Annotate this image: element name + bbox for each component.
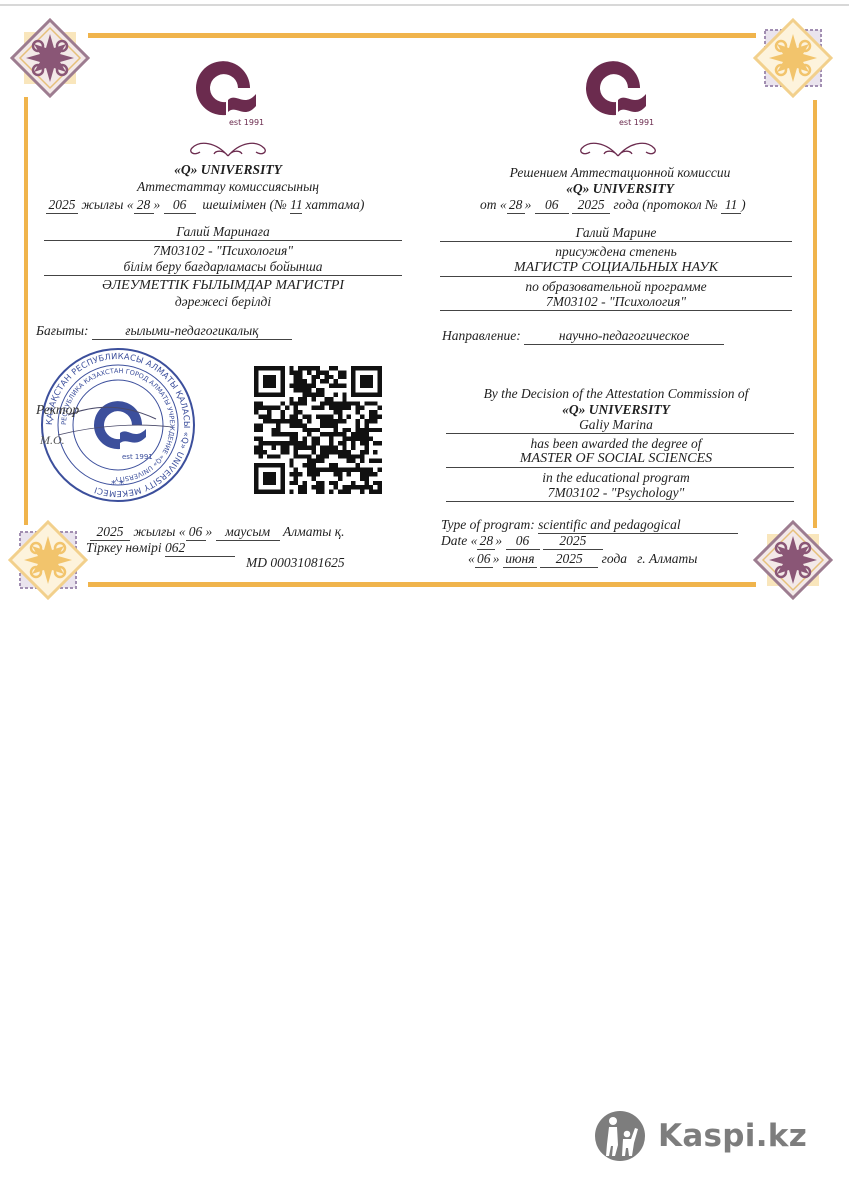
kz-issue-date-line: 2025 жылғы «06» маусым Алматы қ.: [90, 524, 344, 541]
kz-decision-month: 06: [164, 197, 196, 214]
ru-direction-value: научно-педагогическое: [524, 328, 724, 345]
svg-text:* *: * *: [111, 479, 124, 490]
underline: [44, 275, 402, 276]
ru-decision-month: 06: [535, 197, 569, 214]
en-date-row: Date «28» 06 2025: [441, 533, 603, 550]
kz-university-name: «Q» UNIVERSITY: [88, 162, 368, 178]
svg-text:РЕСПУБЛИКА КАЗАХСТАН ГОРОД АЛМ: РЕСПУБЛИКА КАЗАХСТАН ГОРОД АЛМАТЫ УЧРЕЖД…: [60, 367, 176, 483]
program-type-value: scientific and pedagogical: [538, 517, 738, 534]
university-logo-icon: est 1991: [578, 48, 658, 136]
kz-issue-year: 2025: [90, 524, 130, 541]
ru-protocol-number: 11: [721, 197, 741, 214]
kz-direction-value: ғылыми-педагогикалық: [92, 323, 292, 340]
flourish-ornament-icon: [576, 138, 660, 160]
rector-label: Ректор: [36, 402, 79, 418]
en-program-type-row: Type of program: scientific and pedagogi…: [441, 517, 738, 534]
ru-direction-row: Направление: научно-педагогическое: [442, 328, 724, 345]
ru-issue-city: г. Алматы: [637, 551, 697, 566]
en-degree-title: MASTER OF SOCIAL SCIENCES: [440, 451, 792, 467]
underline: [440, 241, 792, 242]
frame-border-left: [24, 97, 28, 525]
svg-text:est 1991: est 1991: [229, 118, 264, 127]
kz-direction-label: Бағыты:: [36, 323, 89, 338]
kz-issue-month: маусым: [216, 524, 280, 541]
kaspi-watermark: Kaspi.kz: [594, 1110, 807, 1162]
ru-direction-label: Направление:: [442, 328, 521, 343]
kz-issue-city: Алматы қ.: [283, 524, 344, 539]
official-seal-stamp: ҚАЗАҚСТАН РЕСПУБЛИКАСЫ АЛМАТЫ ҚАЛАСЫ «Q»…: [38, 345, 198, 505]
ru-program-code: 7М03102 - "Психология": [440, 294, 792, 310]
ru-decision-line: от «28» 06 2025 года (протокол № 11): [480, 197, 746, 214]
svg-text:est 1991: est 1991: [619, 118, 654, 127]
kz-issue-day: 06: [186, 524, 206, 541]
underline: [44, 240, 402, 241]
ru-program-phrase: по образовательной программе: [440, 279, 792, 295]
ornament-corner-icon: [8, 520, 88, 600]
frame-border-bottom: [88, 582, 756, 587]
en-program-phrase: in the educational program: [440, 470, 792, 486]
kz-recipient-name: Галий Маринаға: [44, 224, 402, 240]
en-date-year: 2025: [543, 533, 603, 550]
ru-university-name: «Q» UNIVERSITY: [470, 181, 770, 197]
underline: [440, 276, 792, 277]
university-logo-icon: est 1991: [188, 48, 268, 136]
ru-issue-year: 2025: [540, 551, 598, 568]
en-date-day: 28: [477, 533, 495, 550]
kz-degree-title: ӘЛЕУМЕТТІК ҒЫЛЫМДАР МАГИСТРІ: [44, 278, 402, 294]
underline: [440, 310, 792, 311]
svg-text:est 1991: est 1991: [122, 453, 153, 461]
diploma-supplement: est 1991 est 1991 «Q» UNIVERSITY Аттеста…: [0, 0, 849, 610]
frame-border-top: [88, 33, 756, 38]
kz-awarded-text: дәрежесі берілді: [44, 294, 402, 310]
kaspi-logo-icon: [594, 1110, 646, 1162]
en-recipient-name: Galiy Marina: [440, 417, 792, 433]
registration-label: Тіркеу нөмірі: [86, 540, 162, 555]
en-date-month: 06: [506, 533, 540, 550]
kz-direction-row: Бағыты: ғылыми-педагогикалық: [36, 323, 292, 340]
kaspi-brand-name: Kaspi.kz: [658, 1118, 807, 1154]
registration-number: 062: [165, 540, 235, 557]
en-university-name: «Q» UNIVERSITY: [440, 402, 792, 418]
ru-issue-month: июня: [503, 551, 537, 568]
ru-decision-day: 28: [507, 197, 525, 214]
en-decision-title: By the Decision of the Attestation Commi…: [440, 386, 792, 402]
ru-awarded-text: присуждена степень: [440, 244, 792, 260]
ru-decision-year: 2025: [572, 197, 610, 214]
ornament-corner-icon: [753, 18, 833, 98]
kz-program-phrase: білім беру бағдарламасы бойынша: [44, 259, 402, 275]
kz-protocol-number: 11: [290, 197, 302, 214]
kz-program-code: 7М03102 - "Психология": [44, 243, 402, 259]
kz-commission-title: Аттестаттау комиссиясының: [88, 179, 368, 195]
frame-border-right: [813, 100, 817, 528]
ornament-corner-icon: [753, 520, 833, 600]
qr-code: [254, 366, 382, 494]
ru-issue-date-row: «06» июня 2025 года г. Алматы: [468, 551, 697, 568]
diploma-number: MD 00031081625: [246, 555, 345, 571]
kz-decision-year: 2025: [46, 197, 78, 214]
kz-registration-row: Тіркеу нөмірі 062: [86, 540, 235, 557]
kz-decision-day: 28: [134, 197, 154, 214]
program-type-label: Type of program:: [441, 517, 535, 532]
ru-recipient-name: Галий Марине: [440, 225, 792, 241]
underline: [446, 501, 794, 502]
en-awarded-text: has been awarded the degree of: [440, 436, 792, 452]
ru-degree-title: МАГИСТР СОЦИАЛЬНЫХ НАУК: [440, 260, 792, 276]
seal-place-label: М.О.: [40, 432, 65, 448]
ru-issue-day: 06: [475, 551, 493, 568]
en-program-code: 7M03102 - "Psychology": [440, 485, 792, 501]
ornament-corner-icon: [10, 18, 90, 98]
underline: [446, 467, 794, 468]
ru-decision-title: Решением Аттестационной комиссии: [470, 165, 770, 181]
kz-decision-line: 2025 жылғы «28» 06 шешімімен (№ 11 хатта…: [46, 197, 364, 214]
underline: [446, 433, 794, 434]
flourish-ornament-icon: [186, 138, 270, 160]
